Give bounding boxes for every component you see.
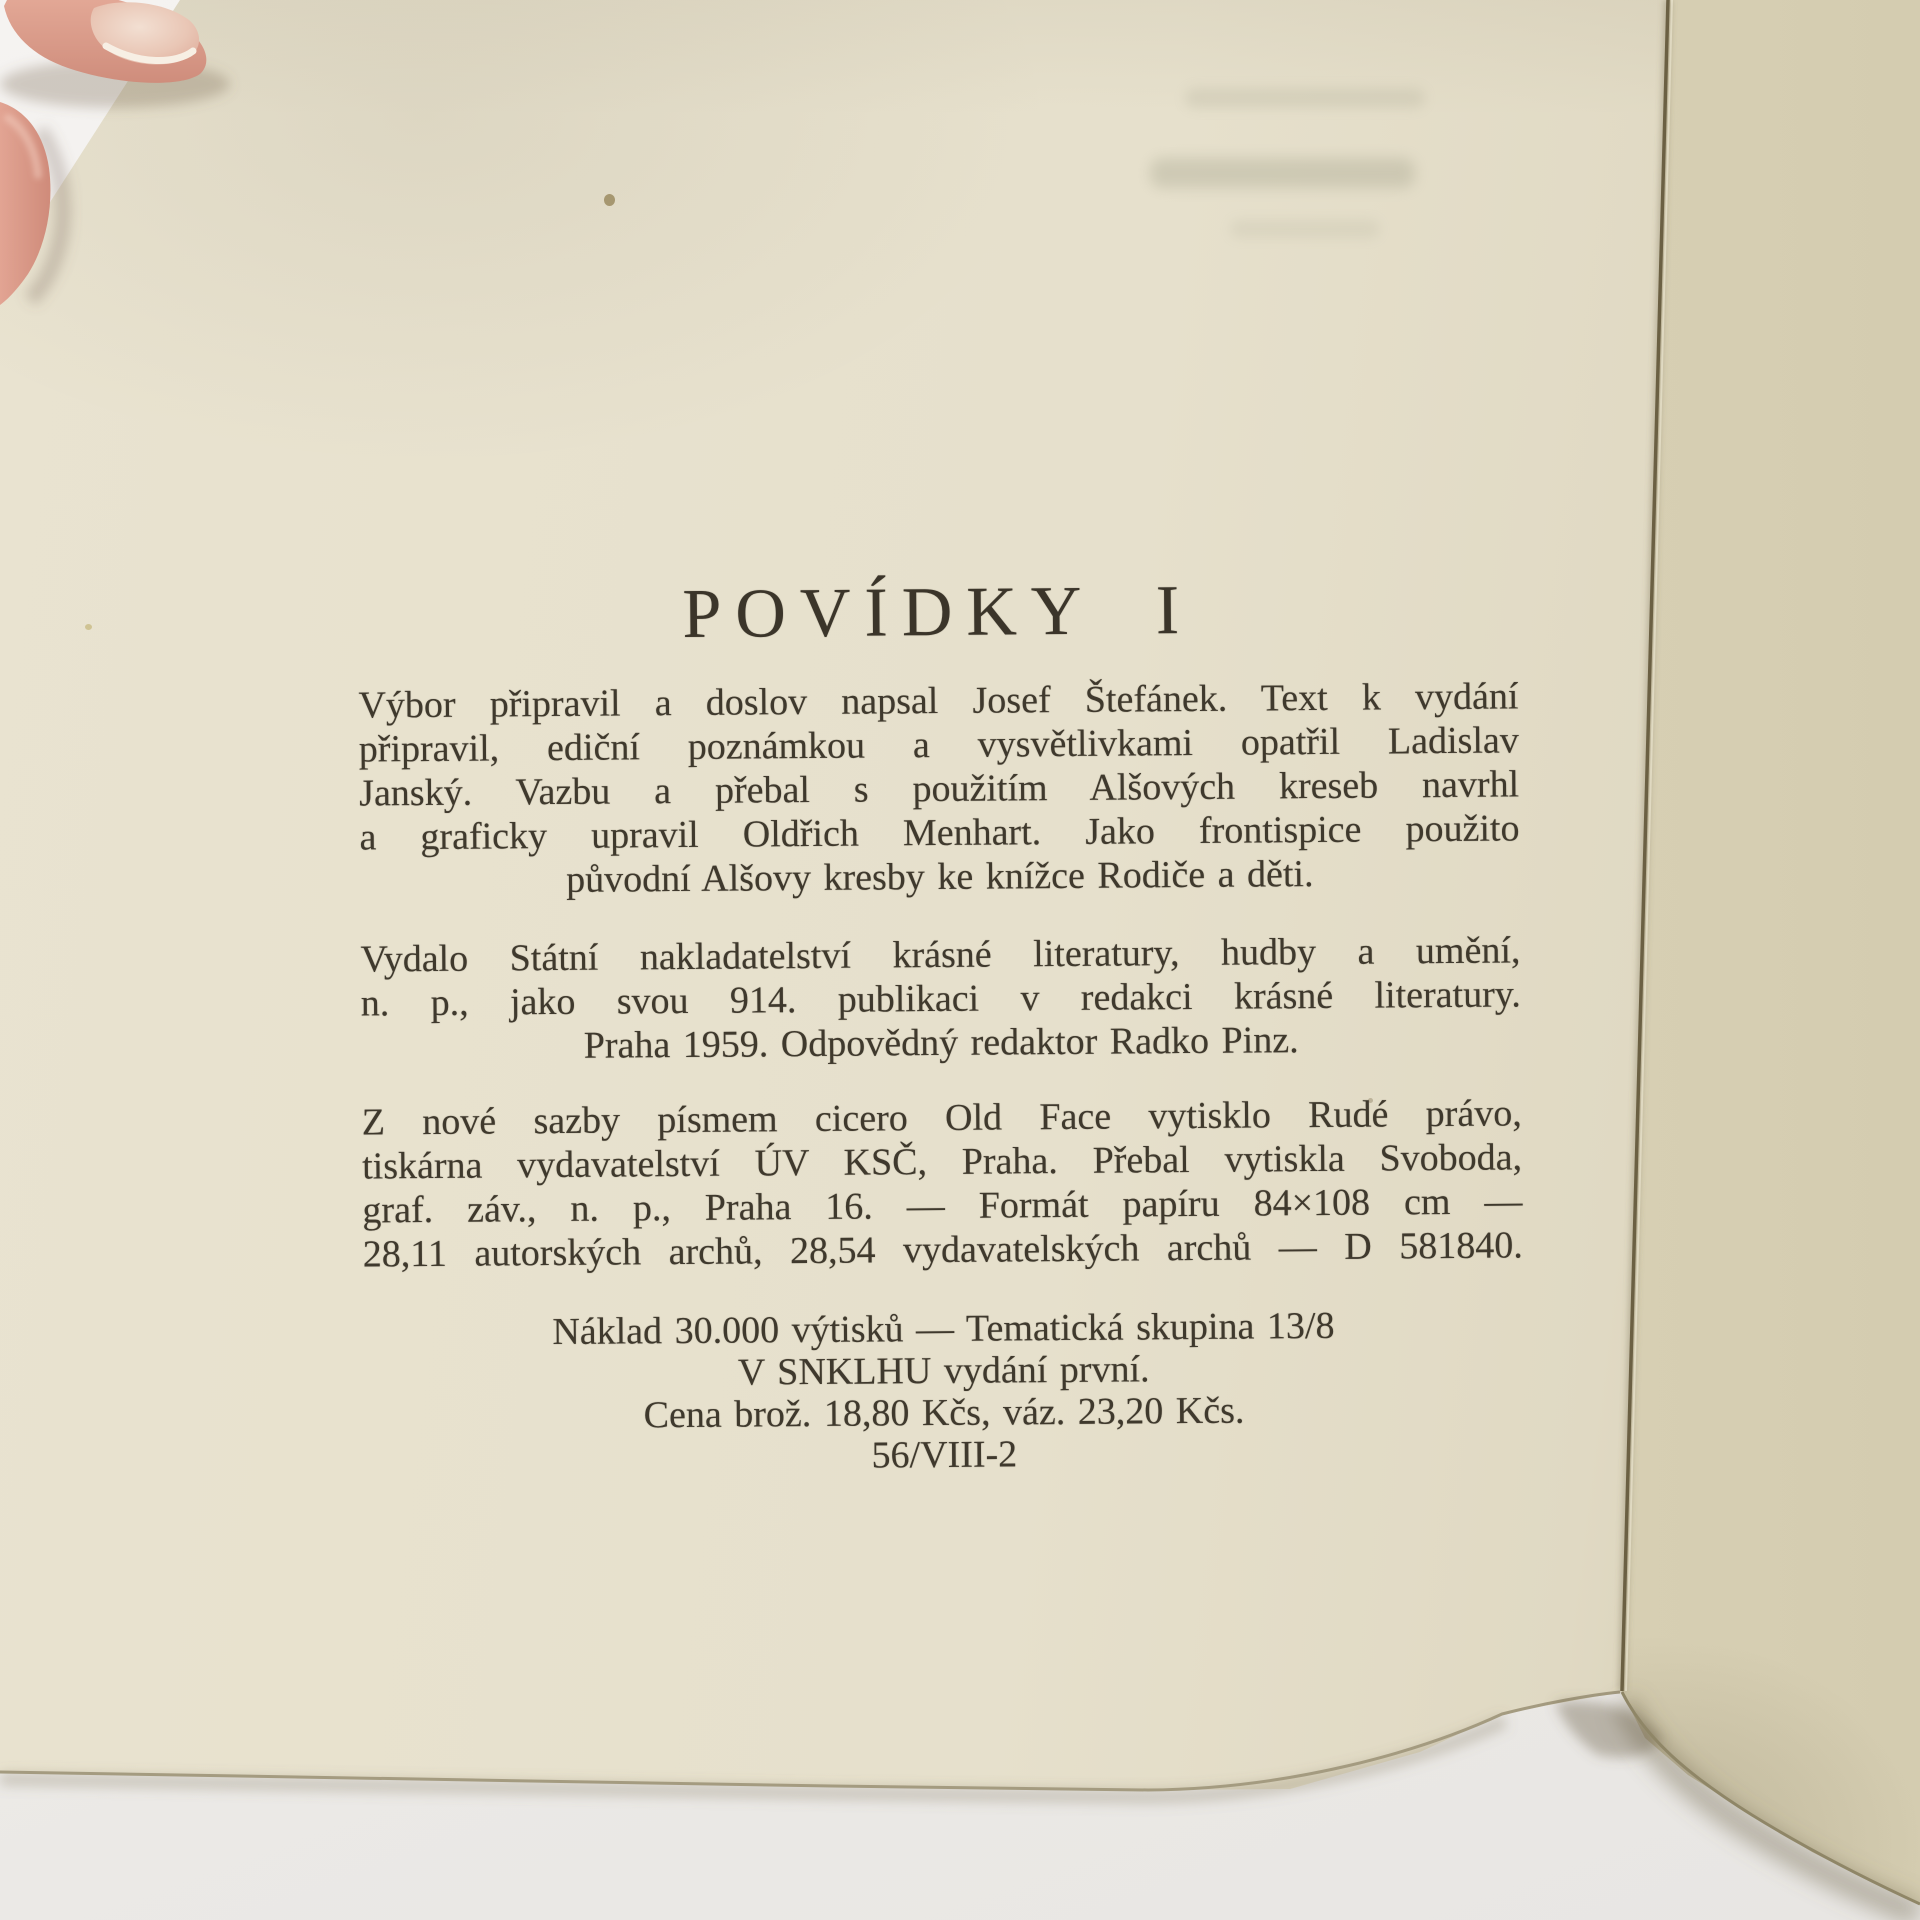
colophon-text: POVÍDKY I Výbor připravil a doslov napsa…	[353, 0, 1526, 1605]
book-photo: POVÍDKY I Výbor připravil a doslov napsa…	[0, 0, 1920, 1920]
colophon-line: Praha 1959. Odpovědný redaktor Radko Pin…	[361, 1016, 1521, 1069]
colophon-line: původní Alšovy kresby ke knížce Rodiče a…	[360, 850, 1520, 903]
colophon-line: a graficky upravil Oldřich Menhart. Jako…	[359, 806, 1519, 859]
colophon-line: n. p., jako svou 914. publikaci v redakc…	[361, 972, 1521, 1025]
publisher-paragraph: Vydalo Státní nakladatelství krásné lite…	[360, 928, 1521, 1069]
colophon-line: 56/VIII-2	[364, 1429, 1524, 1480]
paper-speck	[85, 624, 92, 630]
credits-paragraph: Výbor připravil a doslov napsal Josef Št…	[358, 674, 1520, 903]
edition-block: Náklad 30.000 výtisků — Tematická skupin…	[363, 1303, 1524, 1480]
colophon-line: 28,11 autorských archů, 28,54 vydavatels…	[363, 1223, 1523, 1276]
finger-highlight	[8, 118, 38, 175]
book-title: POVÍDKY I	[358, 573, 1519, 652]
printing-paragraph: Z nové sazby písmem cicero Old Face vyti…	[362, 1091, 1523, 1276]
